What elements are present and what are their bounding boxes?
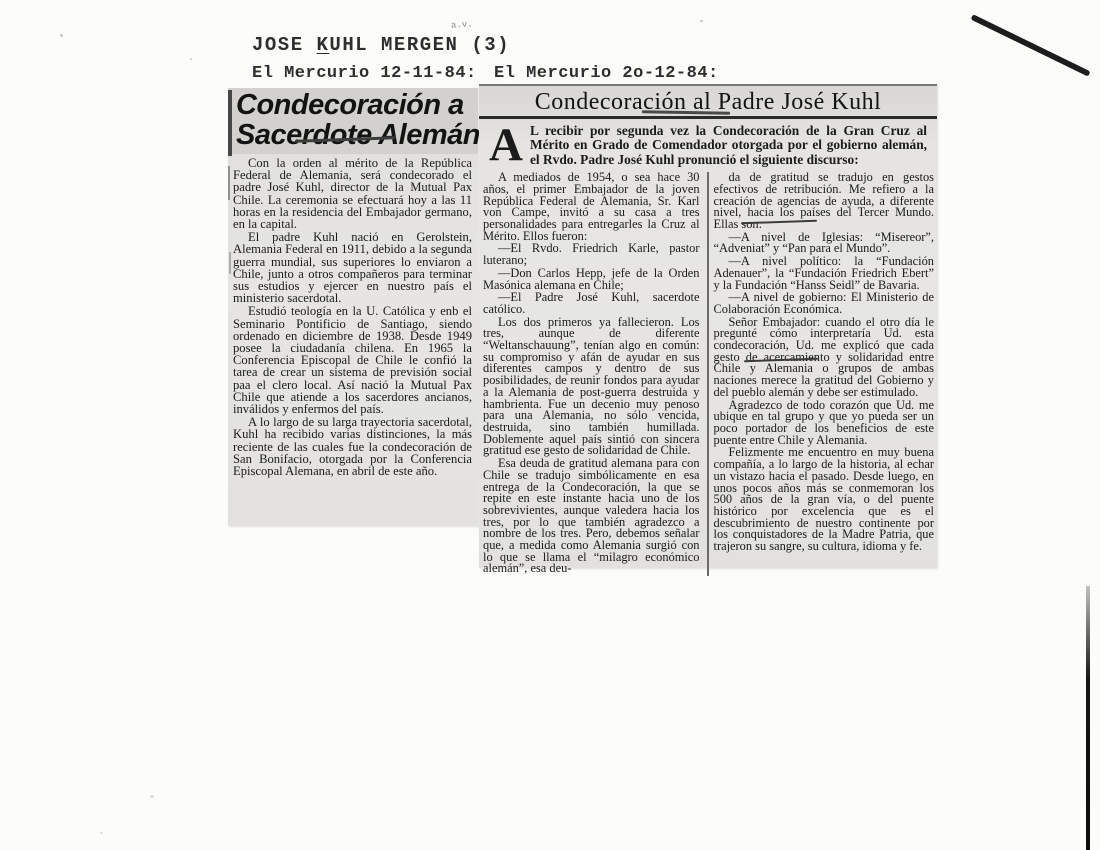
column2-paragraph: Señor Embajador: cuando el otro día le p… (714, 317, 934, 399)
scanned-page: { "page": { "annotation_note": "a.v.", "… (0, 0, 1100, 850)
drop-cap: A (489, 124, 530, 164)
column2-paragraph: —A nivel de gobierno: El Ministerio de C… (714, 292, 934, 315)
clipping-edge-smudge (228, 166, 230, 200)
handwritten-annotation: a.v. (451, 19, 473, 30)
scan-speck (700, 20, 703, 22)
right-article-columns: A mediados de 1954, o sea hace 30 años, … (479, 169, 937, 576)
right-newspaper-clipping: Condecoración al Padre José Kuhl AL reci… (479, 84, 937, 568)
source-citation-right: El Mercurio 2o-12-84: (494, 64, 719, 83)
scan-speck (150, 795, 154, 798)
clipping-edge-smudge (229, 252, 231, 274)
column1-paragraph: Los dos primeros ya fallecieron. Los tre… (483, 317, 700, 457)
column1-paragraph: —El Rvdo. Friedrich Karle, pastor lutera… (483, 243, 700, 266)
clipping-edge-smudge (228, 90, 232, 156)
left-article-headline: Condecoración a Sacerdote Alemán (228, 88, 478, 154)
left-headline-line1: Condecoración a (236, 90, 476, 120)
right-article-lede: AL recibir por segunda vez la Condecorac… (479, 119, 937, 169)
column1-paragraph: A mediados de 1954, o sea hace 30 años, … (483, 172, 700, 242)
left-article-paragraph: Estudió teología en la U. Católica y enb… (233, 305, 472, 415)
typed-name-underlined-letter: K (317, 34, 330, 56)
column2-paragraph: —A nivel de Iglesias: “Misereor”, “Adven… (714, 232, 934, 255)
lede-text: L recibir por segunda vez la Condecoraci… (530, 123, 927, 167)
right-article-column-2: da de gratitud se tradujo en gestos efec… (707, 172, 934, 576)
left-article-paragraph: Con la orden al mérito de la República F… (233, 157, 472, 230)
left-article-body: Con la orden al mérito de la República F… (228, 154, 478, 477)
right-article-column-1: A mediados de 1954, o sea hace 30 años, … (483, 172, 700, 576)
column2-paragraph: Felizmente me encuentro en muy buena com… (714, 447, 934, 552)
scan-speck (60, 34, 63, 37)
column1-paragraph: —Don Carlos Hepp, jefe de la Orden Masón… (483, 268, 700, 291)
left-article-paragraph: A lo largo de su larga trayectoria sacer… (233, 416, 472, 477)
scan-speck (190, 58, 192, 60)
typed-name-rest: UHL MERGEN (3) (329, 34, 510, 56)
column1-paragraph: —El Padre José Kuhl, sacerdote católico. (483, 292, 700, 315)
typed-name-pre: JOSE (252, 34, 317, 56)
column1-paragraph: Esa deuda de gratitud alemana para con C… (483, 458, 700, 575)
scan-right-edge-line (1086, 586, 1090, 850)
source-citation-left: El Mercurio 12-11-84: (252, 64, 477, 83)
left-article-paragraph: El padre Kuhl nació en Gerolstein, Alema… (233, 231, 472, 304)
column2-paragraph: Agradezco de todo corazón que Ud. me ubi… (714, 400, 934, 447)
scan-diagonal-corner-mark (970, 14, 1090, 77)
scan-speck (100, 832, 103, 834)
left-newspaper-clipping: Condecoración a Sacerdote Alemán Con la … (228, 88, 478, 526)
column2-paragraph: —A nivel político: la “Fundación Adenaue… (714, 256, 934, 291)
typed-subject-header: JOSE KUHL MERGEN (3) (252, 34, 510, 56)
left-headline-line2: Sacerdote Alemán (236, 120, 476, 150)
